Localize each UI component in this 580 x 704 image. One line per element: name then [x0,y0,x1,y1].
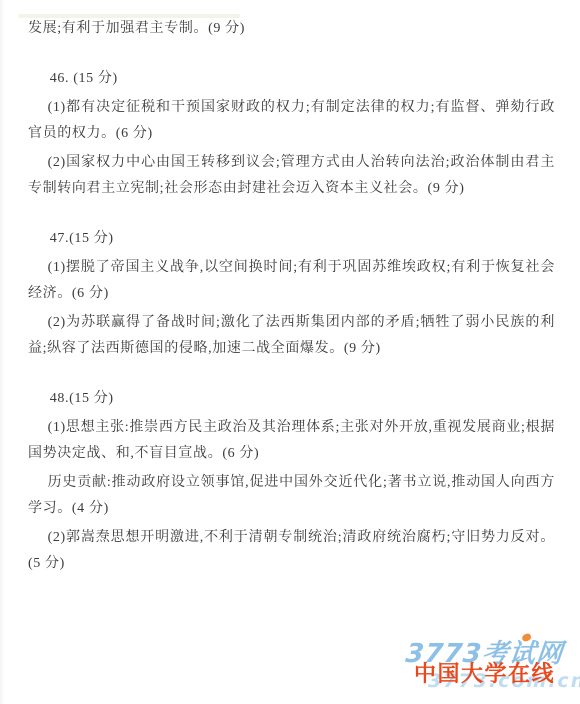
scanned-answer-page: 发展;有利于加强君主专制。(9 分) 46. (15 分) (1)都有决定征税和… [0,0,580,704]
continued-answer-line: 发展;有利于加强君主专制。(9 分) [28,16,555,42]
watermark-accent-dot-icon [521,633,532,642]
site-watermark: 3773.com.cn 3773考试网 中国大学在线 [400,630,580,704]
question-46-number: 46. (15 分) [28,66,555,92]
question-46-answer-1: (1)都有决定征税和干预国家财政的权力;有制定法律的权力;有监督、弹劾行政官员的… [28,95,555,147]
watermark-overlay-text: 中国大学在线 [414,657,555,688]
question-48-block: 48.(15 分) (1)思想主张:推崇西方民主政治及其治理体系;主张对外开放,… [28,386,555,577]
watermark-site-url: 3773.com.cn [428,670,580,692]
watermark-site-logo: 3773考试网 [404,633,565,670]
question-47-block: 47.(15 分) (1)摆脱了帝国主义战争,以空间换时间;有利于巩固苏维埃政权… [28,226,555,362]
question-47-number: 47.(15 分) [28,226,555,252]
question-46-answer-2: (2)国家权力中心由国王转移到议会;管理方式由人治转向法治;政治体制由君主专制转… [28,150,555,202]
question-48-answer-contribution: 历史贡献:推动政府设立领事馆,促进中国外交近代化;著书立说,推动国人向西方学习。… [28,470,555,522]
question-47-answer-2: (2)为苏联赢得了备战时间;激化了法西斯集团内部的矛盾;牺牲了弱小民族的利益;纵… [28,310,555,362]
question-48-answer-2: (2)郭嵩焘思想开明激进,不利于清朝专制统治;清政府统治腐朽;守旧势力反对。(5… [28,525,555,577]
question-48-answer-1: (1)思想主张:推崇西方民主政治及其治理体系;主张对外开放,重视发展商业;根据国… [28,415,555,467]
question-46-block: 46. (15 分) (1)都有决定征税和干预国家财政的权力;有制定法律的权力;… [28,66,555,202]
scan-artifact-line [18,14,240,18]
question-47-answer-1: (1)摆脱了帝国主义战争,以空间换时间;有利于巩固苏维埃政权;有利于恢复社会经济… [28,255,555,307]
question-48-number: 48.(15 分) [28,386,555,412]
